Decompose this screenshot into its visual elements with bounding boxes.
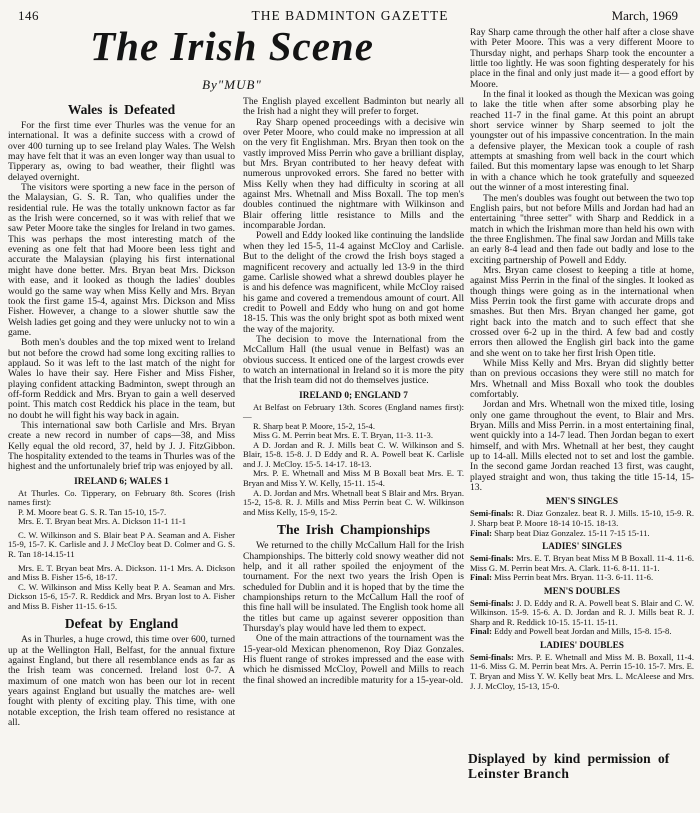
section-heading: Wales is Defeated: [8, 102, 235, 117]
paragraph: One of the main attractions of the tourn…: [243, 634, 464, 686]
result-paragraph: C. W. Wilkinson and Miss Kelly beat P. A…: [8, 583, 235, 612]
results-heading: IRELAND 0; ENGLAND 7: [243, 391, 464, 402]
paragraph: Mrs. Bryan came closest to keeping a tit…: [470, 266, 694, 359]
text-column-1: Wales is DefeatedFor the first time ever…: [8, 97, 235, 728]
results-heading: IRELAND 6; WALES 1: [8, 477, 235, 488]
paragraph: Jordan and Mrs. Whetnall won the mixed t…: [470, 400, 694, 493]
results-intro: At Belfast on February 13th. Scores (Eng…: [243, 403, 464, 422]
paragraph: Ray Sharp came through the other half af…: [470, 28, 694, 90]
result-paragraph: Semi-finals: R. Diaz Gonzalez. beat R. J…: [470, 509, 694, 528]
paragraph: The decision to move the International f…: [243, 335, 464, 387]
result-paragraph: C. W. Wilkinson and S. Blair beat P A. S…: [8, 531, 235, 560]
results-heading: MEN'S SINGLES: [470, 497, 694, 508]
paragraph: The men's doubles was fought out between…: [470, 194, 694, 266]
result-paragraph: Semi-finals: J. D. Eddy and R. A. Powell…: [470, 599, 694, 628]
paragraph: We returned to the chilly McCallum Hall …: [243, 541, 464, 634]
paragraph: Both men's doubles and the top mixed wen…: [8, 338, 235, 421]
paragraph: This international saw both Carlisle and…: [8, 421, 235, 473]
results-heading: LADIES' SINGLES: [470, 542, 694, 553]
magazine-page: 146 THE BADMINTON GAZETTE March, 1969 Th…: [0, 0, 700, 813]
paragraph: The visitors were sporting a new face in…: [8, 183, 235, 338]
text-column-2: The English played excellent Badminton b…: [243, 97, 464, 686]
paragraph: Powell and Eddy looked like continuing t…: [243, 231, 464, 334]
result-paragraph: Mrs. P. E. Whetnall and Miss M B Boxall …: [243, 469, 464, 488]
result-paragraph: Final: Sharp beat Diaz Gonzalez. 15-11 7…: [470, 529, 694, 539]
paragraph: In the final it looked as though the Mex…: [470, 90, 694, 193]
result-label: Final:: [470, 528, 494, 538]
paragraph: Ray Sharp opened proceedings with a deci…: [243, 118, 464, 232]
result-paragraph: Semi-finals: Mrs. P. E. Whetnall and Mis…: [470, 653, 694, 691]
result-paragraph: Mrs. E. T. Bryan beat Mrs. A. Dickson. 1…: [8, 564, 235, 583]
article-title-block: The Irish Scene By"MUB": [4, 24, 460, 93]
section-heading: Defeat by England: [8, 616, 235, 631]
result-paragraph: Final: Miss Perrin beat Mrs. Bryan. 11-3…: [470, 573, 694, 583]
result-line: Mrs. E. T. Bryan beat Mrs. A. Dickson 11…: [8, 517, 235, 527]
results-intro: At Thurles. Co. Tipperary, on February 8…: [8, 489, 235, 508]
article-title: The Irish Scene: [4, 24, 460, 68]
results-heading: MEN'S DOUBLES: [470, 587, 694, 598]
credit-line-2: Leinster Branch: [468, 767, 696, 781]
result-label: Semi-finals:: [470, 598, 516, 608]
permission-credit: Displayed by kind permission of Leinster…: [468, 752, 696, 781]
paragraph: As in Thurles, a huge crowd, this time o…: [8, 635, 235, 728]
result-paragraph: Final: Eddy and Powell beat Jordan and M…: [470, 627, 694, 637]
credit-line-1: Displayed by kind permission of: [468, 752, 696, 766]
result-label: Semi-finals:: [470, 508, 516, 518]
paragraph: For the first time ever Thurles was the …: [8, 121, 235, 183]
result-label: Semi-finals:: [470, 652, 517, 662]
journal-title: THE BADMINTON GAZETTE: [0, 8, 700, 24]
result-label: Final:: [470, 626, 494, 636]
result-paragraph: Semi-finals: Mrs. E. T. Bryan beat Miss …: [470, 554, 694, 573]
text-column-3: Ray Sharp came through the other half af…: [470, 28, 694, 691]
article-byline: By"MUB": [4, 77, 460, 93]
paragraph: The English played excellent Badminton b…: [243, 97, 464, 118]
results-heading: LADIES' DOUBLES: [470, 641, 694, 652]
issue-date: March, 1969: [612, 8, 678, 24]
result-label: Final:: [470, 572, 494, 582]
result-label: Semi-finals:: [470, 553, 516, 563]
paragraph: While Miss Kelly and Mrs. Bryan did slig…: [470, 359, 694, 400]
result-paragraph: A D. Jordan and R. J. Mills beat C. W. W…: [243, 441, 464, 470]
section-heading: The Irish Championships: [243, 522, 464, 537]
result-paragraph: A. D. Jordan and Mrs. Whetnall beat S Bl…: [243, 489, 464, 518]
